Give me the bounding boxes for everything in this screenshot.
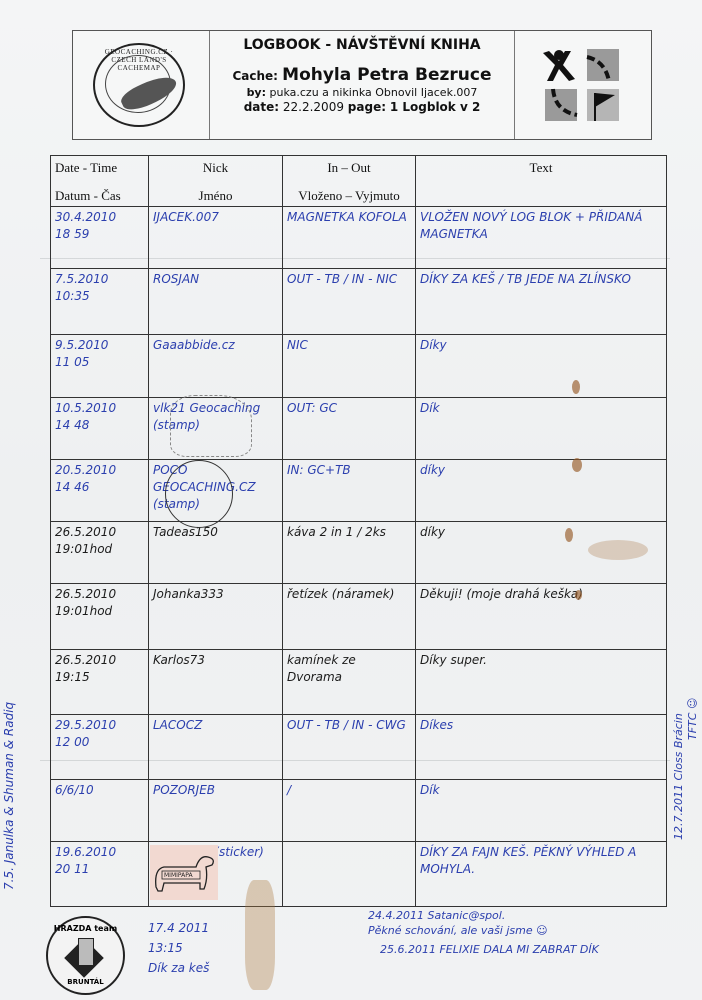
- text-cell: DÍKY ZA KEŠ / TB JEDE NA ZLÍNSKO: [416, 269, 667, 335]
- inout-cell: NIC: [283, 335, 416, 398]
- date-cell: 19.6.201020 11: [51, 842, 149, 907]
- text-cell: Dík: [416, 780, 667, 842]
- geocaching-logo: [514, 31, 651, 139]
- column-header-date: Date - Time Datum - Čas: [51, 156, 149, 207]
- tower-icon: [78, 938, 94, 966]
- date-cell: 26.5.201019:01hod: [51, 522, 149, 584]
- hrazda-team-stamp: HRAZDA team BRUNTÁL: [46, 916, 125, 995]
- text-cell: Děkuji! (moje drahá keška): [416, 584, 667, 650]
- table-row: 26.5.201019:15Karlos73kamínek ze Dvorama…: [51, 650, 667, 715]
- inout-cell: [283, 842, 416, 907]
- page-title: LOGBOOK - NÁVŠTĚVNÍ KNIHA: [210, 37, 514, 53]
- date-cell: 29.5.201012 00: [51, 715, 149, 780]
- inout-cell: OUT - TB / IN - CWG: [283, 715, 416, 780]
- table-row: 29.5.201012 00LACOCZOUT - TB / IN - CWGD…: [51, 715, 667, 780]
- column-header-inout: In – Out Vloženo – Vyjmuto: [283, 156, 416, 207]
- svg-text:MIMIPAPA: MIMIPAPA: [164, 872, 193, 879]
- inout-cell: MAGNETKA KOFOLA: [283, 207, 416, 269]
- log-table: Date - Time Datum - Čas Nick Jméno In – …: [50, 155, 667, 907]
- column-header-nick: Nick Jméno: [149, 156, 283, 207]
- nick-cell: LACOCZ: [149, 715, 283, 780]
- date-cell: 26.5.201019:15: [51, 650, 149, 715]
- nick-cell: IJACEK.007: [149, 207, 283, 269]
- table-header-row: Date - Time Datum - Čas Nick Jméno In – …: [51, 156, 667, 207]
- table-row: 7.5.201010:35ROSJANOUT - TB / IN - NICDÍ…: [51, 269, 667, 335]
- nick-cell: Tadeas150: [149, 522, 283, 584]
- date-cell: 26.5.201019:01hod: [51, 584, 149, 650]
- stain: [572, 380, 580, 394]
- poco-geocaching-stamp: [165, 460, 233, 528]
- inout-cell: /: [283, 780, 416, 842]
- stain: [575, 590, 582, 600]
- column-header-text: Text: [416, 156, 667, 207]
- stain: [245, 880, 275, 990]
- margin-note-right: 12.7.2011 Closs Brácin TFTC ☺: [672, 698, 700, 840]
- nick-cell: POZORJEB: [149, 780, 283, 842]
- cache-owners: by: puka.czu a nikinka Obnovil Ijacek.00…: [210, 86, 514, 99]
- date-cell: 30.4.201018 59: [51, 207, 149, 269]
- table-row: 30.4.201018 59IJACEK.007MAGNETKA KOFOLAV…: [51, 207, 667, 269]
- margin-note-left: 7.5. Janulka & Shuman & Radiq: [2, 702, 16, 890]
- date-cell: 6/6/10: [51, 780, 149, 842]
- inout-cell: řetízek (náramek): [283, 584, 416, 650]
- date-cell: 9.5.201011 05: [51, 335, 149, 398]
- dachshund-icon: MIMIPAPA: [150, 845, 218, 900]
- text-cell: VLOŽEN NOVÝ LOG BLOK + PŘIDANÁ MAGNETKA: [416, 207, 667, 269]
- cache-date-page: date: 22.2.2009 page: 1 Logblok v 2: [210, 100, 514, 114]
- geocaching-logo-icon: [533, 45, 633, 125]
- inout-cell: OUT: GC: [283, 398, 416, 460]
- handwritten-note-2011-06-25: 25.6.2011 FELIXIE DALA MI ZABRAT DÍK: [380, 940, 599, 960]
- date-cell: 10.5.201014 48: [51, 398, 149, 460]
- nick-cell: Gaaabbide.cz: [149, 335, 283, 398]
- text-cell: Díky: [416, 335, 667, 398]
- date-cell: 7.5.201010:35: [51, 269, 149, 335]
- table-row: 26.5.201019:01hodTadeas150káva 2 in 1 / …: [51, 522, 667, 584]
- text-cell: DÍKY ZA FAJN KEŠ. PĚKNÝ VÝHLED A MOHYLA.: [416, 842, 667, 907]
- logbook-header: GEOCACHING.CZ · CZECH LAND'S CACHEMAP LO…: [72, 30, 652, 140]
- lizard-icon: [118, 71, 180, 115]
- stain: [588, 540, 648, 560]
- text-cell: díky: [416, 460, 667, 522]
- table-row: 10.5.201014 48vlk21 Geocaching (stamp)OU…: [51, 398, 667, 460]
- seal-icon: GEOCACHING.CZ · CZECH LAND'S CACHEMAP: [93, 43, 185, 127]
- table-row: 6/6/10POZORJEB/Dík: [51, 780, 667, 842]
- vlk21-wolf-stamp: [170, 395, 252, 457]
- date-cell: 20.5.201014 46: [51, 460, 149, 522]
- cache-name: Cache: Mohyla Petra Bezruce: [210, 65, 514, 85]
- text-cell: Díky super.: [416, 650, 667, 715]
- nick-cell: ROSJAN: [149, 269, 283, 335]
- table-row: 19.6.201020 11MIMIPAPA (sticker)DÍKY ZA …: [51, 842, 667, 907]
- inout-cell: IN: GC+TB: [283, 460, 416, 522]
- stain: [572, 458, 582, 472]
- geocaching-cz-seal-logo: GEOCACHING.CZ · CZECH LAND'S CACHEMAP: [73, 31, 210, 139]
- handwritten-note-2011-04-17: 17.4 2011 13:15 Dík za keš: [148, 918, 209, 978]
- inout-cell: kamínek ze Dvorama: [283, 650, 416, 715]
- inout-cell: OUT - TB / IN - NIC: [283, 269, 416, 335]
- text-cell: Dík: [416, 398, 667, 460]
- logbook-page: GEOCACHING.CZ · CZECH LAND'S CACHEMAP LO…: [0, 0, 702, 1000]
- nick-cell: Johanka333: [149, 584, 283, 650]
- handwritten-note-2011-04-24: 24.4.2011 Satanic@spol. Pěkné schování, …: [368, 908, 548, 938]
- stain: [565, 528, 573, 542]
- nick-cell: Karlos73: [149, 650, 283, 715]
- inout-cell: káva 2 in 1 / 2ks: [283, 522, 416, 584]
- header-text: LOGBOOK - NÁVŠTĚVNÍ KNIHA Cache: Mohyla …: [210, 31, 514, 139]
- text-cell: Díkes: [416, 715, 667, 780]
- mimipapa-sticker: MIMIPAPA: [150, 845, 218, 900]
